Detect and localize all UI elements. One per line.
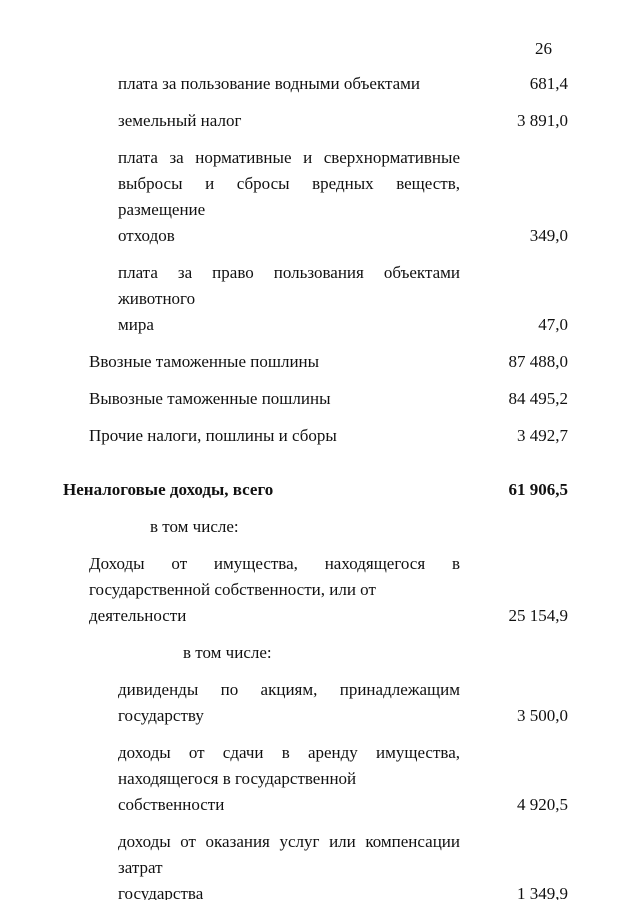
budget-line-items: плата за пользование водными объектами68… (0, 71, 640, 900)
line-item-text-line: Ввозные таможенные пошлины (89, 349, 460, 375)
line-item-amount: 25 154,9 (509, 603, 569, 629)
line-item-text-line: доходы от оказания услуг или компенсации… (118, 829, 460, 881)
line-item-label: Неналоговые доходы, всего (63, 477, 463, 503)
line-item-text-line: плата за право пользования объектами жив… (118, 260, 460, 312)
line-item-amount: 4 920,5 (517, 792, 568, 818)
line-item-amount: 87 488,0 (509, 349, 569, 375)
line-item-text-line: дивиденды по акциям, принадлежащим (118, 677, 460, 703)
item-wildlife-usage-fee: плата за право пользования объектами жив… (0, 260, 640, 338)
line-item-amount: 61 906,5 (509, 477, 569, 503)
item-import-customs-duties: Ввозные таможенные пошлины87 488,0 (0, 349, 640, 375)
line-item-label: Ввозные таможенные пошлины (89, 349, 460, 375)
line-item-text-line: Вывозные таможенные пошлины (89, 386, 460, 412)
item-other-taxes-duties-fees: Прочие налоги, пошлины и сборы3 492,7 (0, 423, 640, 449)
header-non-tax-revenues-total: Неналоговые доходы, всего61 906,5 (0, 477, 640, 503)
line-item-text-line: государству (118, 703, 460, 729)
line-item-label: дивиденды по акциям, принадлежащимгосуда… (118, 677, 460, 729)
line-item-text-line: плата за пользование водными объектами (118, 71, 460, 97)
line-item-amount: 3 891,0 (517, 108, 568, 134)
item-land-tax: земельный налог3 891,0 (0, 108, 640, 134)
line-item-label: доходы от оказания услуг или компенсации… (118, 829, 460, 900)
line-item-text-line: в том числе: (150, 514, 492, 540)
line-item-amount: 47,0 (538, 312, 568, 338)
item-state-property-rent-income: доходы от сдачи в аренду имущества,наход… (0, 740, 640, 818)
item-export-customs-duties: Вывозные таможенные пошлины84 495,2 (0, 386, 640, 412)
line-item-text-line: плата за нормативные и сверхнормативные (118, 145, 460, 171)
line-item-amount: 3 492,7 (517, 423, 568, 449)
line-item-label: Доходы от имущества, находящегося вгосуд… (89, 551, 460, 629)
line-item-label: в том числе: (150, 514, 492, 540)
item-dividends-state-shares: дивиденды по акциям, принадлежащимгосуда… (0, 677, 640, 729)
line-item-text-line: отходов (118, 223, 460, 249)
line-item-label: плата за право пользования объектами жив… (118, 260, 460, 338)
line-item-amount: 1 349,9 (517, 881, 568, 900)
line-item-label: доходы от сдачи в аренду имущества,наход… (118, 740, 460, 818)
line-item-text-line: Прочие налоги, пошлины и сборы (89, 423, 460, 449)
line-item-amount: 84 495,2 (509, 386, 569, 412)
line-item-label: плата за нормативные и сверхнормативныев… (118, 145, 460, 249)
item-emissions-fee: плата за нормативные и сверхнормативныев… (0, 145, 640, 249)
document-page: 26 плата за пользование водными объектам… (0, 0, 640, 900)
line-item-text-line: земельный налог (118, 108, 460, 134)
item-state-property-income: Доходы от имущества, находящегося вгосуд… (0, 551, 640, 629)
line-item-label: земельный налог (118, 108, 460, 134)
line-item-text-line: в том числе: (183, 640, 525, 666)
line-item-text-line: государства (118, 881, 460, 900)
line-item-label: Вывозные таможенные пошлины (89, 386, 460, 412)
line-item-label: в том числе: (183, 640, 525, 666)
item-water-usage-fee: плата за пользование водными объектами68… (0, 71, 640, 97)
item-services-cost-compensation-income: доходы от оказания услуг или компенсации… (0, 829, 640, 900)
line-item-text-line: выбросы и сбросы вредных веществ, размещ… (118, 171, 460, 223)
line-item-text-line: Неналоговые доходы, всего (63, 477, 463, 503)
page-number: 26 (0, 38, 640, 60)
line-item-text-line: мира (118, 312, 460, 338)
line-item-label: Прочие налоги, пошлины и сборы (89, 423, 460, 449)
line-item-amount: 349,0 (530, 223, 568, 249)
line-item-text-line: Доходы от имущества, находящегося в (89, 551, 460, 577)
label-including-2: в том числе: (0, 640, 640, 666)
line-item-text-line: государственной собственности, или от де… (89, 577, 460, 629)
line-item-text-line: находящегося в государственной собственн… (118, 766, 460, 818)
line-item-text-line: доходы от сдачи в аренду имущества, (118, 740, 460, 766)
line-item-amount: 681,4 (530, 71, 568, 97)
label-including-1: в том числе: (0, 514, 640, 540)
line-item-label: плата за пользование водными объектами (118, 71, 460, 97)
line-item-amount: 3 500,0 (517, 703, 568, 729)
